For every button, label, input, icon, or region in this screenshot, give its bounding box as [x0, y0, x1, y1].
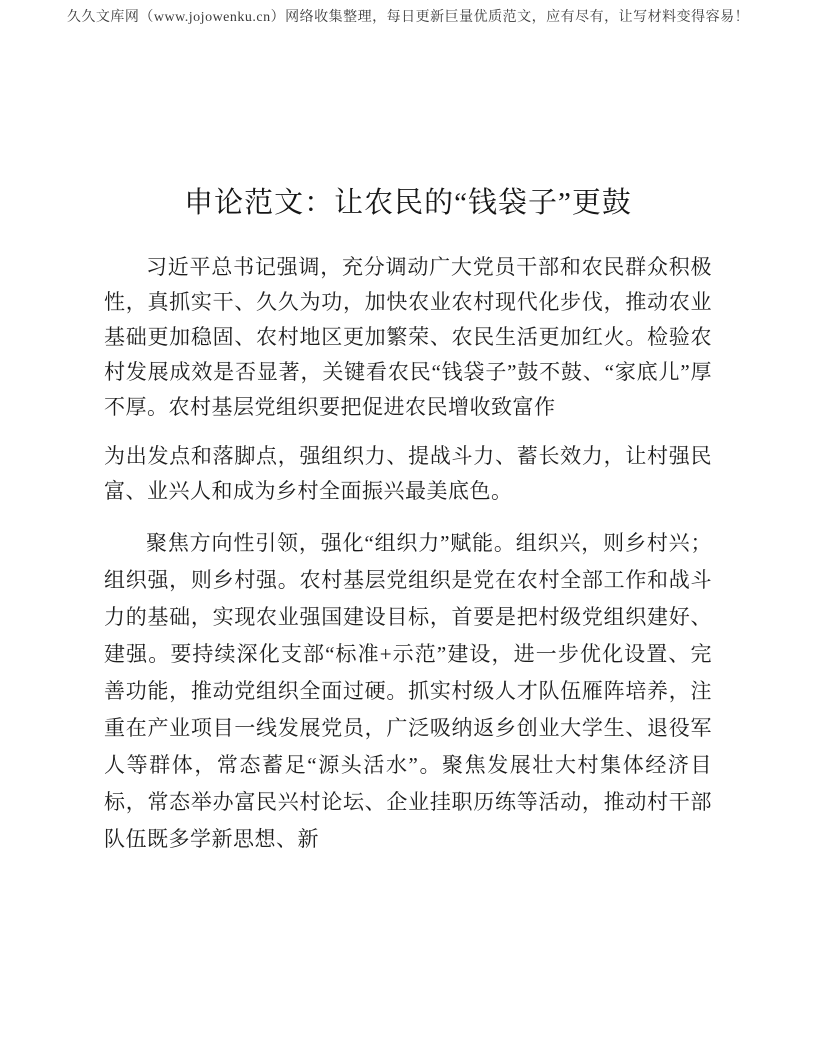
site-watermark-header: 久久文库网（www.jojowenku.cn）网络收集整理，每日更新巨量优质范文… [0, 0, 816, 28]
document-body: 申论范文：让农民的“钱袋子”更鼓 习近平总书记强调，充分调动广大党员干部和农民群… [104, 186, 712, 858]
paragraph-3: 聚焦方向性引领，强化“组织力”赋能。组织兴，则乡村兴；组织强，则乡村强。农村基层… [104, 525, 712, 858]
paragraph-1: 习近平总书记强调，充分调动广大党员干部和农民群众积极性，真抓实干、久久为功，加快… [104, 250, 712, 425]
document-title: 申论范文：让农民的“钱袋子”更鼓 [104, 186, 712, 220]
paragraph-2: 为出发点和落脚点，强组织力、提战斗力、蓄长效力，让村强民富、业兴人和成为乡村全面… [104, 439, 712, 509]
document-page: 久久文库网（www.jojowenku.cn）网络收集整理，每日更新巨量优质范文… [0, 0, 816, 1056]
